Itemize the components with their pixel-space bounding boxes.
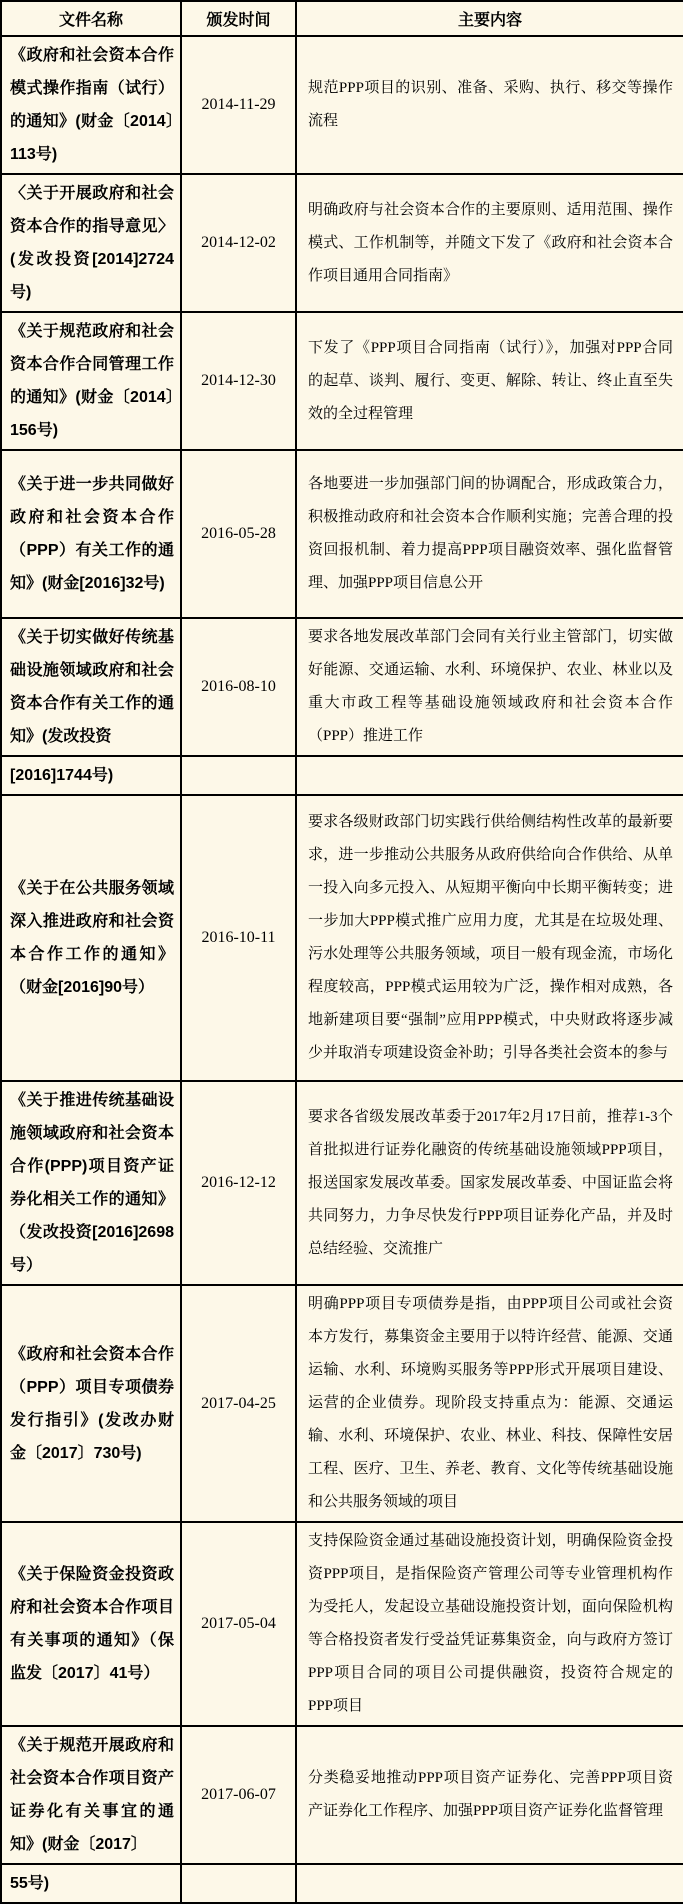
header-row: 文件名称 颁发时间 主要内容 (1, 1, 683, 36)
header-file-name: 文件名称 (1, 1, 181, 36)
doc-name-cell: 《政府和社会资本合作（PPP）项目专项债券发行指引》(发改办财金〔2017〕73… (1, 1285, 181, 1522)
content-cell: 要求各地发展改革部门会同有关行业主管部门，切实做好能源、交通运输、水利、环境保护… (296, 618, 683, 756)
content-cell: 要求各级财政部门切实践行供给侧结构性改革的最新要求，进一步推动公共服务从政府供给… (296, 795, 683, 1081)
content-cell: 各地要进一步加强部门间的协调配合，形成政策合力，积极推动政府和社会资本合作顺利实… (296, 450, 683, 618)
doc-name-cell: 〈关于开展政府和社会资本合作的指导意见〉(发改投资[2014]2724号) (1, 174, 181, 312)
issue-date-cell (181, 1864, 296, 1903)
table-row: 《关于进一步共同做好政府和社会资本合作（PPP）有关工作的通知》(财金[2016… (1, 450, 683, 618)
doc-name-cell: 《关于规范开展政府和社会资本合作项目资产证券化有关事宜的通知》(财金〔2017〕 (1, 1726, 181, 1864)
issue-date-cell: 2014-11-29 (181, 36, 296, 174)
issue-date-cell: 2014-12-30 (181, 312, 296, 450)
header-main-content: 主要内容 (296, 1, 683, 36)
issue-date-cell: 2016-05-28 (181, 450, 296, 618)
table-row: 《关于规范开展政府和社会资本合作项目资产证券化有关事宜的通知》(财金〔2017〕… (1, 1726, 683, 1864)
doc-name-cell: 《关于规范政府和社会资本合作合同管理工作的通知》(财金〔2014〕156号) (1, 312, 181, 450)
doc-name-cell: [2016]1744号) (1, 756, 181, 795)
policy-documents-table: 文件名称 颁发时间 主要内容 《政府和社会资本合作模式操作指南（试行）的通知》(… (0, 0, 683, 1904)
table-row: 《关于切实做好传统基础设施领域政府和社会资本合作有关工作的通知》(发改投资 20… (1, 618, 683, 756)
doc-name-cell: 《政府和社会资本合作模式操作指南（试行）的通知》(财金〔2014〕113号) (1, 36, 181, 174)
table-row: 《关于保险资金投资政府和社会资本合作项目有关事项的通知》（保监发〔2017〕41… (1, 1522, 683, 1726)
content-cell: 明确PPP项目专项债券是指，由PPP项目公司或社会资本方发行，募集资金主要用于以… (296, 1285, 683, 1522)
doc-name-cell: 《关于切实做好传统基础设施领域政府和社会资本合作有关工作的通知》(发改投资 (1, 618, 181, 756)
content-cell: 规范PPP项目的识别、准备、采购、执行、移交等操作流程 (296, 36, 683, 174)
table-row: 《关于规范政府和社会资本合作合同管理工作的通知》(财金〔2014〕156号) 2… (1, 312, 683, 450)
content-cell: 明确政府与社会资本合作的主要原则、适用范围、操作模式、工作机制等，并随文下发了《… (296, 174, 683, 312)
table-row: 〈关于开展政府和社会资本合作的指导意见〉(发改投资[2014]2724号) 20… (1, 174, 683, 312)
content-cell (296, 756, 683, 795)
content-cell: 支持保险资金通过基础设施投资计划，明确保险资金投资PPP项目，是指保险资产管理公… (296, 1522, 683, 1726)
issue-date-cell: 2017-04-25 (181, 1285, 296, 1522)
doc-name-cell: 《关于推进传统基础设施领域政府和社会资本合作(PPP)项目资产证券化相关工作的通… (1, 1081, 181, 1285)
doc-name-cell: 《关于进一步共同做好政府和社会资本合作（PPP）有关工作的通知》(财金[2016… (1, 450, 181, 618)
header-issue-date: 颁发时间 (181, 1, 296, 36)
issue-date-cell: 2014-12-02 (181, 174, 296, 312)
issue-date-cell: 2016-10-11 (181, 795, 296, 1081)
issue-date-cell: 2016-08-10 (181, 618, 296, 756)
table-row: 《政府和社会资本合作模式操作指南（试行）的通知》(财金〔2014〕113号) 2… (1, 36, 683, 174)
issue-date-cell (181, 756, 296, 795)
content-cell (296, 1864, 683, 1903)
table-row-spillover: [2016]1744号) (1, 756, 683, 795)
issue-date-cell: 2017-06-07 (181, 1726, 296, 1864)
doc-name-cell: 《关于在公共服务领域深入推进政府和社会资本合作工作的通知》（财金[2016]90… (1, 795, 181, 1081)
table-row: 《关于在公共服务领域深入推进政府和社会资本合作工作的通知》（财金[2016]90… (1, 795, 683, 1081)
table-row-spillover: 55号) (1, 1864, 683, 1903)
table-row: 《关于推进传统基础设施领域政府和社会资本合作(PPP)项目资产证券化相关工作的通… (1, 1081, 683, 1285)
table-row: 《政府和社会资本合作（PPP）项目专项债券发行指引》(发改办财金〔2017〕73… (1, 1285, 683, 1522)
content-cell: 分类稳妥地推动PPP项目资产证券化、完善PPP项目资产证券化工作程序、加强PPP… (296, 1726, 683, 1864)
doc-name-cell: 《关于保险资金投资政府和社会资本合作项目有关事项的通知》（保监发〔2017〕41… (1, 1522, 181, 1726)
issue-date-cell: 2016-12-12 (181, 1081, 296, 1285)
content-cell: 要求各省级发展改革委于2017年2月17日前，推荐1-3个首批拟进行证券化融资的… (296, 1081, 683, 1285)
doc-name-cell: 55号) (1, 1864, 181, 1903)
issue-date-cell: 2017-05-04 (181, 1522, 296, 1726)
content-cell: 下发了《PPP项目合同指南（试行）》，加强对PPP合同的起草、谈判、履行、变更、… (296, 312, 683, 450)
